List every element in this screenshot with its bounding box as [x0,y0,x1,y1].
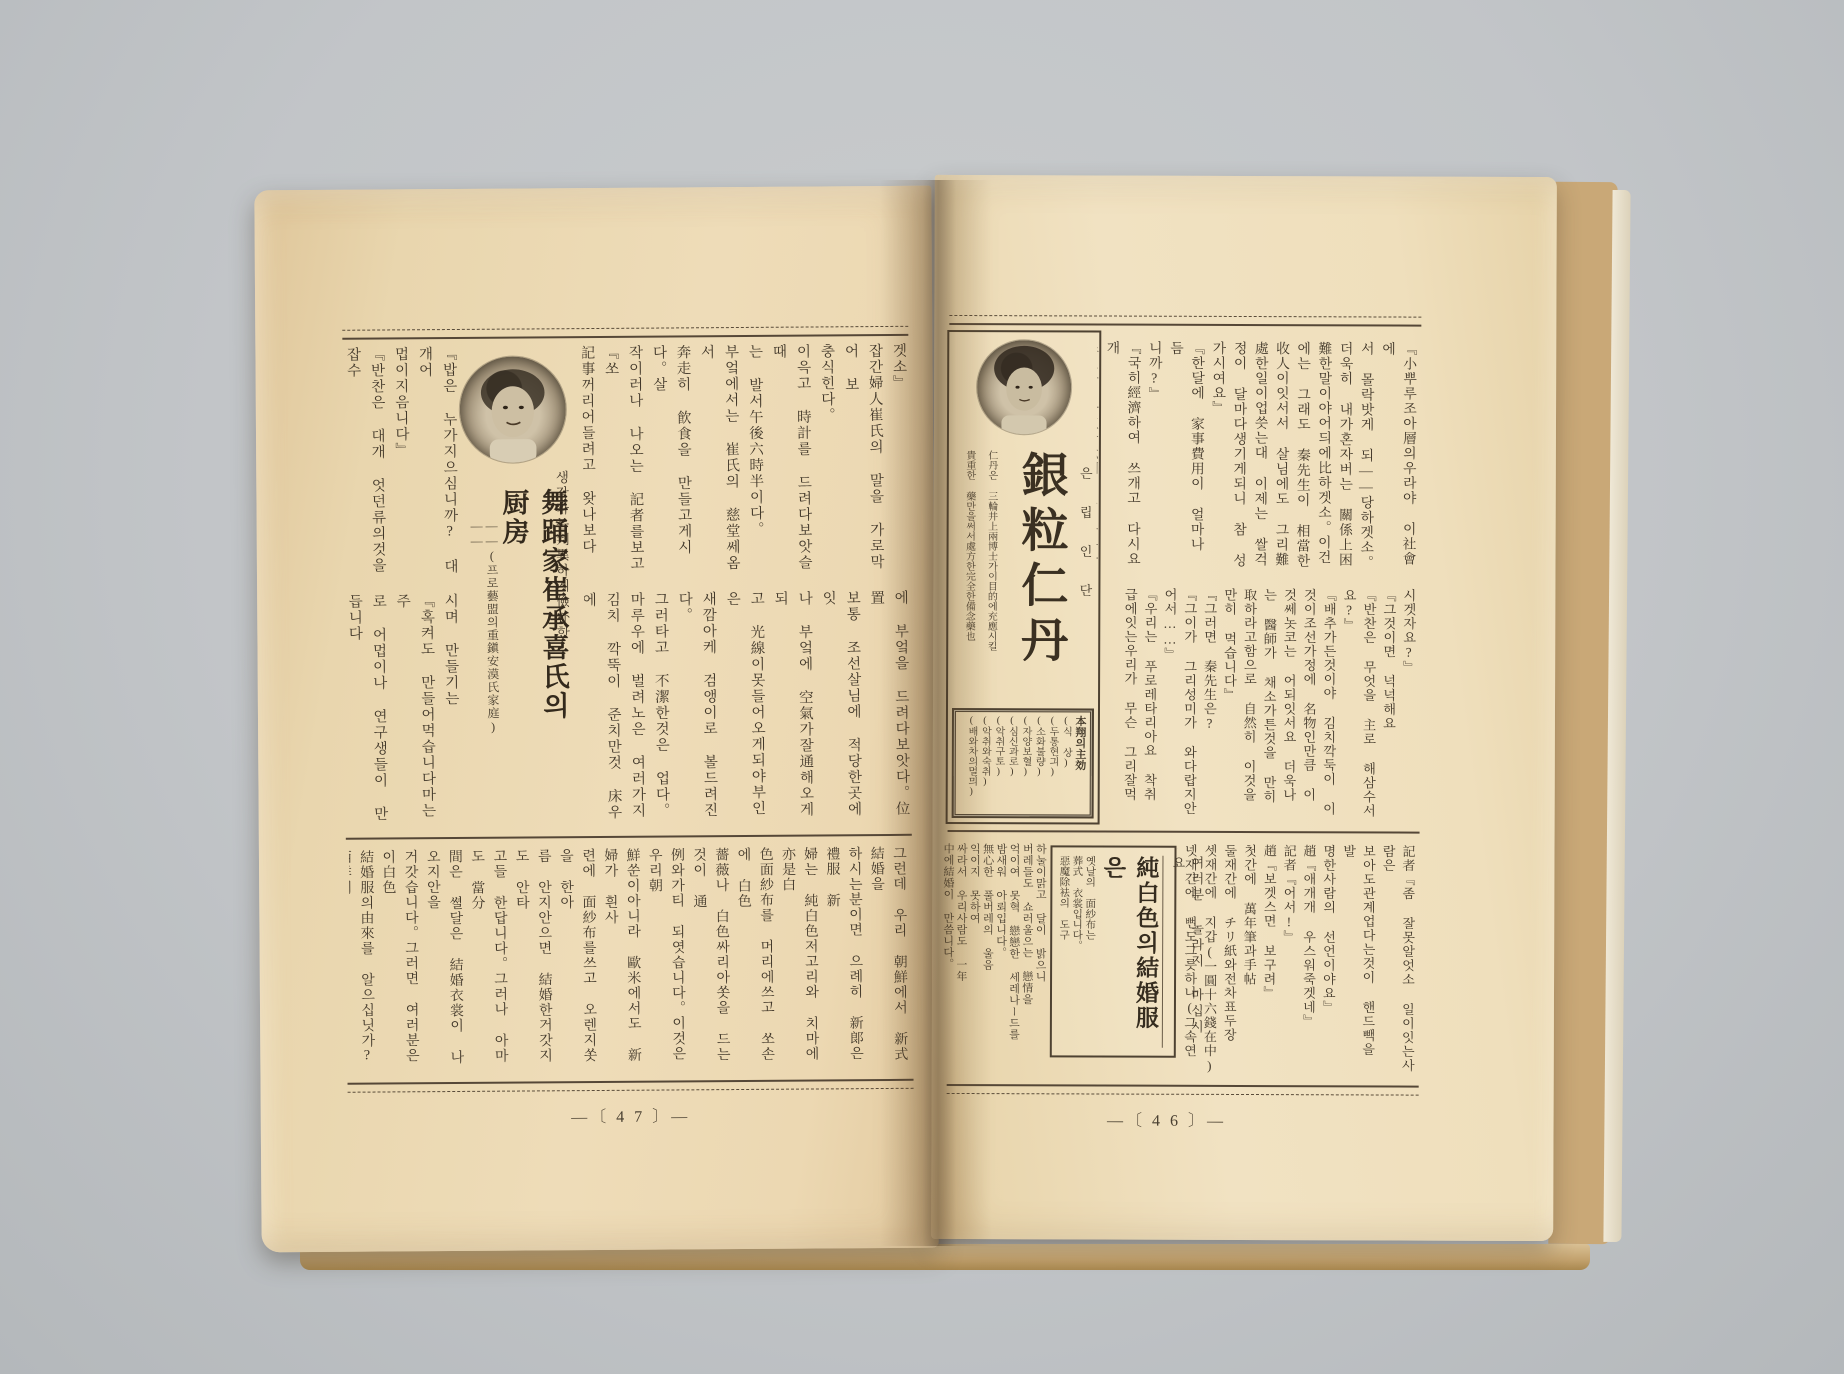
text-column: 밤새워 아뢰입니다。 [993,843,1007,1075]
jintan-brand-area: 仁丹은 三輪井上兩博士가이目的에充應시킬貴重한 藥만을써서處方한完全한備念藥也 … [948,450,1099,709]
text-column: (소화불량) [1032,715,1046,811]
text-column: 멉이지음니다』 [388,346,414,580]
text-column: 取하라고함으로 自然히 이것을 [1238,588,1259,826]
text-column: 仁丹은 三輪井上兩博士가이目的에充應시킬 [984,450,997,700]
wedding-ad-brand-text: 純白色의結婚服은 [1096,855,1163,1047]
right-page-section-divider [948,830,1420,834]
left-page-bottom-rule [348,1079,914,1093]
text-column: 하시는분이면 으례히 新郞은禮服 新 [820,846,866,1072]
text-column: 收人이잇서서 살님에도 그리難 [1270,341,1292,577]
text-column: 김치 깍뚝이 준치만것 床우에 [584,592,626,830]
right-page-bottom-rule [947,1084,1419,1096]
text-column: 色面紗布를 머리에쓰고 쏘손에 白色 [731,847,777,1073]
text-column: 結婚服의由來를 알으십닛가? 西洋에 [349,850,378,1076]
text-column: 새깜아케 검앵이로 볼드려진다。 [672,591,722,829]
text-column: 間은 쎨달은 結婚衣裳이 나오지안을 [420,849,466,1075]
text-column: 例와가티 되엿습니다。이것은 우리朝 [642,847,688,1073]
text-column: 葬式 衣裳입니다。 [1070,855,1084,1047]
jintan-brand-ruby: 은립인단 [1075,450,1095,716]
text-column: 鮮쑨이아니라 歐米에서도 新婦가 흰사 [598,848,644,1074]
text-column: 련에 面紗布를쓰고 오렌지쏫을 한아 [554,848,600,1074]
text-column: 『그이가 그리성미가 와다랍지안 [1179,588,1200,826]
left-page-47: 겟소』잡간婦人崔氏의 말을 가로막어 보충식힌다。이윽고 時計를 드려다보앗슬때… [254,186,938,1253]
text-column: 趙『애개개 우스워죽겟네』 [1298,844,1319,1076]
choi-seunghee-portrait-photo [459,356,566,463]
text-column: 惡魔除袪의 도구 [1057,855,1071,1047]
text-column: 『반찬은 대개 엇던류의것을잡수 [342,346,390,580]
text-column: 記者『어서!』 [1278,844,1299,1076]
text-column: 處한일이업씃는대 이제는 쌀걱 [1249,341,1271,577]
handbag-dialogue-columns: 記者『좀 잘못알엇소 일이잇는사람은보아도관계업다는것이 핸드빽을 발명한사람의… [1177,844,1418,1077]
kitchen-article-columns-left-bottom: 시며 만들기는『혹켜도 만들어먹습니다마는 주로 어멉이나 연구생들이 만듭니다 [344,593,464,832]
text-column: 겟소』 [886,343,912,577]
text-column: (악취와숙취) [978,715,992,811]
text-column: 趙『보겟스면 보구려』 [1258,844,1279,1076]
text-column: 『혹켜도 만들어먹습니다마는 주 [390,593,440,831]
page-number-46: —〔 4 6 〕— [947,1107,1387,1132]
text-column: (식 상) [1059,715,1073,811]
jintan-effects-box: 本翔의主効 (식 상)(두통현긔)(소화불량)(자양보혈)(심신과로)(악취구토… [952,708,1094,818]
text-column: 고 光線이못들어오게되야부인은 [720,591,770,829]
text-column: 『小뿌루조아層의우라야 이社會에 [1376,341,1419,577]
text-column: 에는 그래도 秦先生이 相當한 [1291,341,1313,577]
right-page-top-rule [949,315,1421,327]
text-column: 둘재간에 チリ紙와전차표두장 [1219,844,1240,1076]
wedding-ad-small-text: 옛날의 面紗布는葬式 衣裳입니다。惡魔除袪의 도구 [1057,855,1097,1047]
text-column: 記事꺼리어들려고 왓나보다——엇 [582,345,600,579]
text-column: 니까?』 [1143,341,1165,577]
text-column: 만히 먹습니다』 [1219,588,1240,826]
text-column: 부엌에서는 崔氏의 慈堂쎄옴서 [694,344,744,578]
jintan-effects-title: 本翔의主効 [1072,715,1086,811]
text-column: 『우리는 푸로레타리아요 착취 [1139,588,1160,826]
interview-article-columns-bottom: 시겟자요?』『그것이면 넉넉해요『반찬은 무엇을 主로 해삼수서요?』『배추가든… [1096,587,1419,826]
text-column: 는 醫師가 채소가튼것을 만히 [1258,588,1279,826]
text-column: 보통 조선살님에 적당한곳에잇 [816,590,866,828]
text-column: 『밥은 누가지으심니까? 대개어 [412,346,462,580]
text-column: 나 부엌에 空氣가잘通해오게되 [768,590,818,828]
text-column: 『국히經濟하여 쓰개고 다시요개 [1100,340,1143,576]
kitchen-article-subtitle: ——(프로藝盟의重鎭安漠氏家庭)—— [469,519,503,749]
text-column: 그러타고 不潔한것은 업다。 [648,591,674,829]
text-column: 첫간에 萬年筆과手帖 [1239,844,1260,1076]
text-column: 정이 달마다생기게되니 참 성 [1228,341,1250,577]
kitchen-article-title: 舞踊家崔承喜氏의厨房 [494,488,574,749]
text-column: 마루우에 벌려노은 여러가지 [624,592,650,830]
text-column: 어서……』 [1159,588,1180,826]
right-page-46: 『小뿌루조아層의우라야 이社會에서 몰락밧게 되——당하겟소。더욱히 내가혼자버… [931,175,1557,1241]
text-column: (배와차의멀믜) [964,715,978,811]
jintan-side-text: 仁丹은 三輪井上兩博士가이目的에充應시킬貴重한 藥만을써서處方한完全한備念藥也 [952,450,1007,700]
text-column: 싸라서 우리사람도 一年 [953,843,967,1075]
text-column: 고들 한답니다。그러나 아마도 當分 [465,849,511,1075]
text-column: 이윽고 時計를 드려다보앗슬때 [766,343,816,577]
text-column: 『반찬은 무엇을 主로 해삼수서 [1358,588,1379,826]
text-column: 시겟자요?』 [1398,589,1419,827]
text-column: 작이러나 나오는 記者를보고『쏘 [598,345,648,579]
text-column: 하눌이맑고 달이 밝으니 [1033,843,1047,1075]
text-column: 잡간婦人崔氏의 말을 가로막어 보 [838,343,888,577]
wedding-ad-lead-text: 여러분 놀라지 마십시요 [1162,856,1207,1048]
text-column: 奔走히 飮食을 만들고게시다。살 [646,344,696,578]
text-column: 더욱히 내가혼자버는 關係上困 [1334,341,1356,577]
left-page-top-rule [342,326,908,340]
jintan-model-portrait-photo [977,340,1071,434]
text-column: 급에잇는우리가 무슨 그리잘먹 [1119,588,1140,826]
autumn-article-columns: 하눌이맑고 달이 밝으니버레들도 쇼러울으는 戀情을억이여 못혁 戀戀한 세레나… [940,843,1047,1075]
text-column: 『배추가든것이야 김치깍둑이 이 [1318,588,1339,826]
text-column: 명한사람의 선언이야요』 [1318,844,1339,1076]
kitchen-article-columns-right-top: 겟소』잡간婦人崔氏의 말을 가로막어 보충식힌다。이윽고 時計를 드려다보앗슬때… [582,343,912,579]
text-column: 그런데 우리 朝鮮에서 新式結婚을 [864,846,910,1072]
text-column: 『그러면 秦先生은? [1199,588,1220,826]
text-column: 옛날의 面紗布는 [1083,855,1097,1047]
jintan-effects-list: (식 상)(두통현긔)(소화불량)(자양보혈)(심신과로)(악취구토)(악취와숙… [964,715,1072,811]
text-column: 억이여 못혁 戀戀한 세레나ー드를 [1006,843,1020,1075]
portrait-face-illustration [459,356,566,463]
text-column: 에 부엌을 드려다보앗다。位置 [864,590,914,828]
text-column: 難한말이야어듸에比하겟소。이건 [1312,341,1334,577]
text-column: 것이조선가정에 名物인만큼 이 [1298,588,1319,826]
text-column: 름 안지안으면 結婚한거갓지도 안타 [509,848,555,1074]
wedding-history-article-columns: 그런데 우리 朝鮮에서 新式結婚을하시는분이면 으례히 新郞은禮服 新婦는 純白… [349,846,911,1076]
text-column: (두통현긔) [1045,715,1059,811]
kitchen-article-columns-left-top: 『밥은 누가지으심니까? 대개어멉이지음니다』『반찬은 대개 엇던류의것을잡수 [342,346,462,581]
kitchen-article-columns-right-bottom: 에 부엌을 드려다보앗다。位置보통 조선살님에 적당한곳에잇나 부엌에 空氣가잘… [584,590,914,830]
text-column: 『한달에 家事費用이 얼마나 듬 [1164,341,1207,577]
text-column: 충식힌다。 [814,343,840,577]
jintan-brand-characters: 銀粒仁丹 [1007,450,1075,702]
jintan-advertisement: 仁丹은 三輪井上兩博士가이目的에充應시킬貴重한 藥만을써서處方한完全한備念藥也 … [946,330,1102,825]
photo-of-open-magazine: { "left_page": { "page_number": "—〔 4 7 … [0,0,1844,1374]
text-column: (자양보혈) [1018,715,1032,811]
text-column: 익이지 못하여 [966,843,980,1075]
text-column: 無心한 풀버레의 울음 [980,843,994,1075]
jintan-model-face-illustration [977,340,1071,434]
text-column: 시며 만들기는 [438,593,464,831]
text-column: 버레들도 쇼러울으는 戀情을 [1019,843,1033,1075]
text-column: 婦는 純白色저고리와 치마에 亦是白 [776,846,822,1072]
wedding-dress-advertisement: 옛날의 面紗布는葬式 衣裳입니다。惡魔除袪의 도구 純白色의結婚服은 여러분 놀… [1050,845,1177,1057]
left-page-section-divider [346,834,912,840]
text-column: 記者『좀 잘못알엇소 일이잇는사람은 [1377,844,1417,1076]
text-column: 가시여요』 [1206,341,1228,577]
text-column: 는 발서午後六時半이다。 [742,344,768,578]
jintan-photo-area [949,332,1099,451]
text-column: 『그것이면 넉넉해요 [1378,588,1399,826]
text-column: 로 어멉이나 연구생들이 만듭니다 [344,593,392,831]
text-column: 요?』 [1338,588,1359,826]
text-column: 貴重한 藥만을써서處方한完全한備念藥也 [962,450,975,700]
page-number-47: —〔 4 7 〕— [348,1102,914,1129]
text-column: 서 몰락밧게 되——당하겟소。 [1355,341,1377,577]
text-column: 보아도관계업다는것이 핸드빽을 발 [1338,844,1378,1076]
text-column: (심신과로) [1005,715,1019,811]
text-column: 거갓습니다。그러면 여러분은 이白色 [376,849,422,1075]
text-column: (악취구토) [991,715,1005,811]
text-column: 薔薇나 白色싸리아쏫을 드는것이 通 [687,847,733,1073]
text-column: 것쎄놋코는 어되잇서요 더욱나 [1278,588,1299,826]
interview-article-columns-top: 『小뿌루조아層의우라야 이社會에서 몰락밧게 되——당하겟소。더욱히 내가혼자버… [1096,340,1419,577]
text-column: 中에結婚이 만씀니다。 [940,843,954,1075]
